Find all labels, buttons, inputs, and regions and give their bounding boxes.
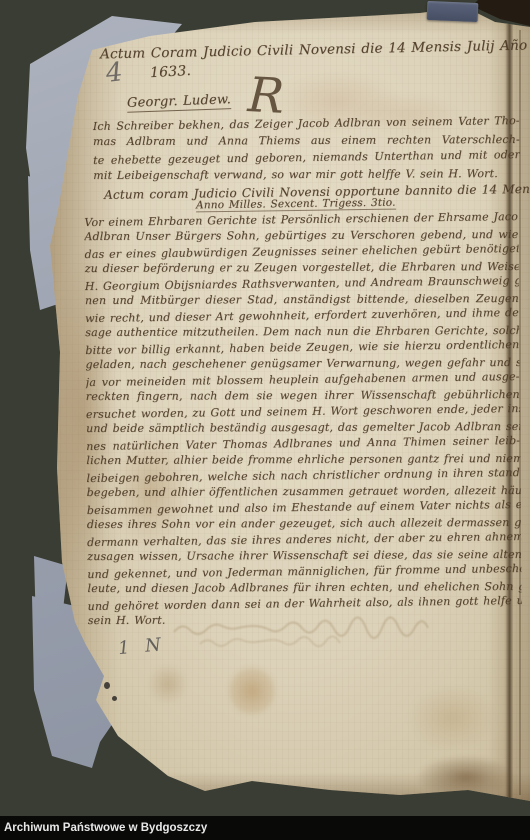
archive-caption-text: Archiwum Państwowe w Bydgoszczy bbox=[0, 816, 530, 840]
archival-document-scan: Actum Coram Judicio Civili Novensi die 1… bbox=[0, 0, 530, 840]
stain bbox=[146, 664, 190, 704]
ink-speck bbox=[104, 682, 110, 689]
clerk-note: Georgr. Ludew. bbox=[127, 92, 232, 113]
stain bbox=[418, 756, 514, 798]
stain bbox=[408, 686, 496, 750]
attestation-paragraph: Ich Schreiber bekhen, das Zeiger Jacob A… bbox=[93, 113, 521, 185]
manuscript-header-line: Actum Coram Judicio Civili Novensi die 1… bbox=[100, 38, 522, 63]
aged-bottom-edge bbox=[0, 772, 530, 802]
bleed-through-writing bbox=[170, 612, 460, 652]
folio-number: 4 bbox=[104, 57, 124, 89]
year-notation: 1633. bbox=[150, 63, 192, 81]
ink-speck bbox=[112, 696, 117, 701]
conservation-tape bbox=[427, 1, 479, 22]
manuscript-line: mit Leibeigenschaft verwand, so war mir … bbox=[93, 165, 520, 184]
pencil-inventory-note: 1 N bbox=[117, 634, 167, 659]
testimony-paragraph: Vor einem Ehrbaren Gerichte ist Persönli… bbox=[84, 210, 522, 630]
actum-subline: Anno Milles. Sexcent. Trigess. 3tio. bbox=[196, 197, 396, 213]
stain bbox=[228, 666, 276, 716]
archive-caption-bar: Archiwum Państwowe w Bydgoszczy bbox=[0, 816, 530, 840]
flourished-initial: R bbox=[247, 71, 286, 121]
